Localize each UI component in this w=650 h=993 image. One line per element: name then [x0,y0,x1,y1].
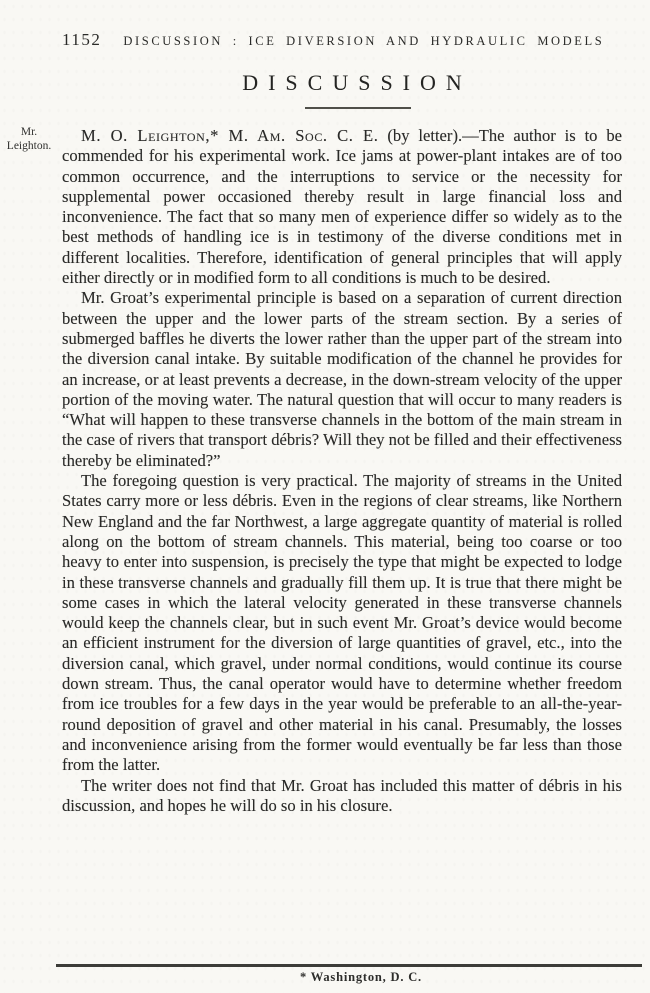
paragraph-3: The foregoing question is very practical… [62,471,622,775]
footnote-area: * Washington, D. C. [56,964,642,985]
section-title: DISCUSSION [72,70,632,96]
paragraph-1: M. O. Leighton,* M. Am. Soc. C. E. (by l… [62,126,622,288]
page-header: 1152 DISCUSSION : ICE DIVERSION AND HYDR… [62,30,622,50]
margin-note-speaker: Mr. Leighton. [2,126,56,153]
paragraph-2: Mr. Groat’s experimental principle is ba… [62,288,622,471]
scanned-page: 1152 DISCUSSION : ICE DIVERSION AND HYDR… [0,0,650,993]
footnote-rule [56,964,642,967]
page-number: 1152 [62,30,101,50]
speaker-name-lead: M. O. Leighton,* M. Am. Soc. C. E. [81,126,379,145]
paragraph-4: The writer does not find that Mr. Groat … [62,776,622,817]
paragraph-1-text: (by letter).—The author is to be commend… [62,126,622,287]
discussion-body: M. O. Leighton,* M. Am. Soc. C. E. (by l… [62,126,622,816]
running-head: DISCUSSION : ICE DIVERSION AND HYDRAULIC… [123,34,604,49]
margin-note-line-2: Leighton. [2,140,56,154]
margin-note-line-1: Mr. [2,126,56,140]
title-rule [305,107,411,109]
footnote-text: * Washington, D. C. [68,970,650,985]
